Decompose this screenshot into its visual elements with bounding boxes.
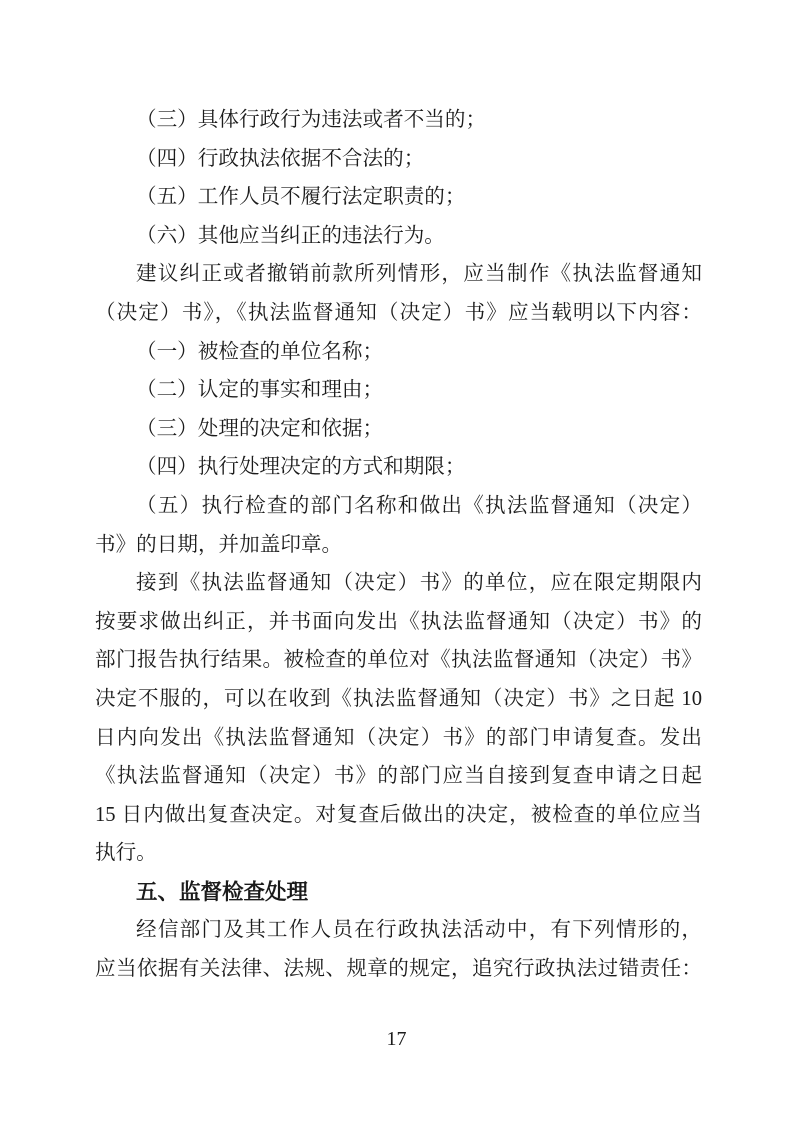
- paragraph-line: 执行。: [95, 834, 702, 873]
- paragraph-line: 按要求做出纠正，并书面向发出《执法监督通知（决定）书》的: [95, 603, 702, 642]
- list-item-line: 书》的日期，并加盖印章。: [95, 526, 702, 565]
- list-item-line: （四）行政执法依据不合法的；: [95, 140, 702, 179]
- page-number: 17: [0, 1026, 793, 1052]
- list-item-line: （一）被检查的单位名称；: [95, 333, 702, 372]
- paragraph-line: 决定不服的，可以在收到《执法监督通知（决定）书》之日起 10: [95, 680, 702, 719]
- list-item-line: （六）其他应当纠正的违法行为。: [95, 217, 702, 256]
- paragraph-line: 接到《执法监督通知（决定）书》的单位，应在限定期限内: [95, 564, 702, 603]
- paragraph-line: 15 日内做出复查决定。对复查后做出的决定，被检查的单位应当: [95, 796, 702, 835]
- paragraph-line: （决定）书》，《执法监督通知（决定）书》应当载明以下内容：: [95, 294, 702, 333]
- list-item-line: （五）执行检查的部门名称和做出《执法监督通知（决定）: [95, 487, 702, 526]
- paragraph-line: 《执法监督通知（决定）书》的部门应当自接到复查申请之日起: [95, 757, 702, 796]
- paragraph-line: 建议纠正或者撤销前款所列情形，应当制作《执法监督通知: [95, 255, 702, 294]
- list-item-line: （三）处理的决定和依据；: [95, 410, 702, 449]
- list-item-line: （二）认定的事实和理由；: [95, 371, 702, 410]
- list-item-line: （五）工作人员不履行法定职责的；: [95, 178, 702, 217]
- list-item-line: （三）具体行政行为违法或者不当的；: [95, 101, 702, 140]
- section-heading: 五、监督检查处理: [95, 873, 702, 912]
- paragraph-line: 部门报告执行结果。被检查的单位对《执法监督通知（决定）书》: [95, 641, 702, 680]
- document-body: （三）具体行政行为违法或者不当的； （四）行政执法依据不合法的； （五）工作人员…: [95, 101, 702, 989]
- paragraph-line: 经信部门及其工作人员在行政执法活动中，有下列情形的，: [95, 911, 702, 950]
- list-item-line: （四）执行处理决定的方式和期限；: [95, 448, 702, 487]
- document-page: （三）具体行政行为违法或者不当的； （四）行政执法依据不合法的； （五）工作人员…: [0, 0, 793, 1122]
- paragraph-line: 日内向发出《执法监督通知（决定）书》的部门申请复查。发出: [95, 719, 702, 758]
- paragraph-line: 应当依据有关法律、法规、规章的规定，追究行政执法过错责任：: [95, 950, 702, 989]
